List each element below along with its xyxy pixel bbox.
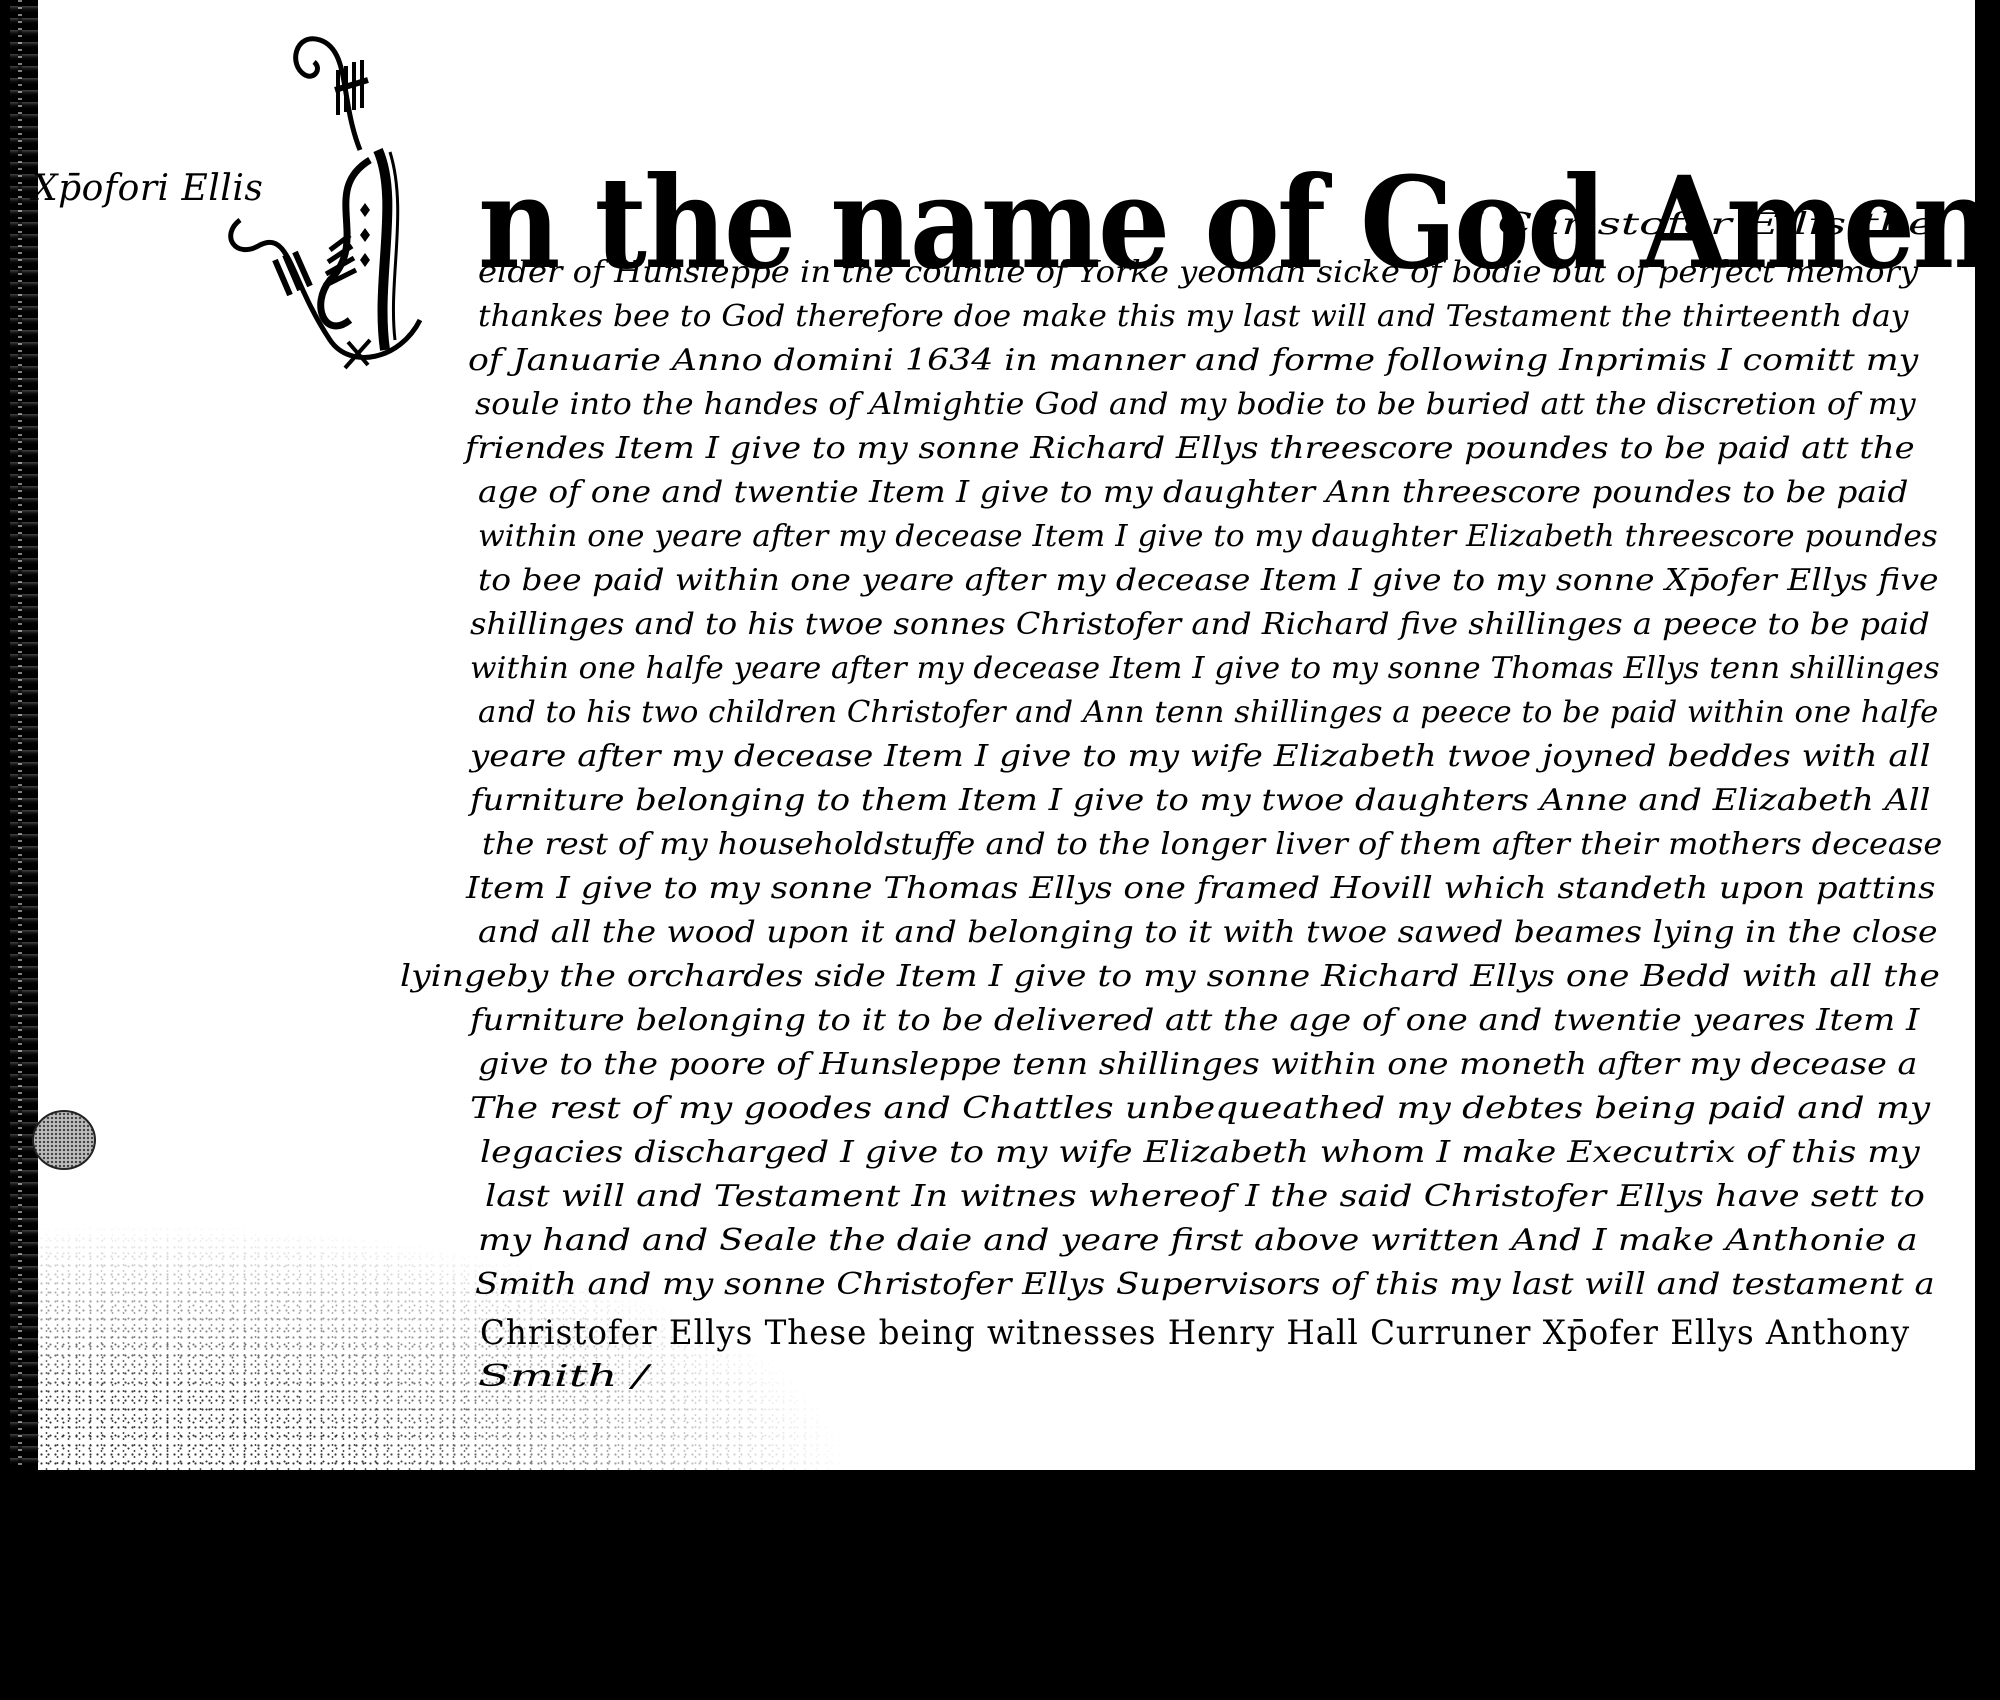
decorated-initial (210, 20, 490, 380)
manuscript-line: last will and Testament In witnes whereo… (485, 1182, 1925, 1212)
manuscript-line: give to the poore of Hunsleppe tenn shil… (478, 1050, 1917, 1080)
manuscript-line: yeare after my decease Item I give to my… (470, 742, 1931, 772)
manuscript-line: Smith / (478, 1362, 648, 1392)
manuscript-line: Item I give to my sonne Thomas Ellys one… (466, 874, 1936, 904)
manuscript-line: lyingeby the orchardes side Item I give … (400, 962, 1940, 992)
manuscript-line: The rest of my goodes and Chattles unbeq… (470, 1094, 1930, 1124)
manuscript-line: age of one and twentie Item I give to my… (478, 478, 1908, 508)
manuscript-line: furniture belonging to them Item I give … (470, 786, 1930, 816)
page-binding-edge (10, 0, 38, 1470)
manuscript-line: elder of Hunsleppe in the countie of Yor… (478, 258, 1918, 288)
manuscript-line: the rest of my householdstuffe and to th… (482, 830, 1942, 860)
manuscript-line: to bee paid within one yeare after my de… (478, 566, 1938, 596)
scan-right-border (1975, 0, 2000, 1470)
manuscript-line: legacies discharged I give to my wife El… (480, 1138, 1920, 1168)
manuscript-line: and all the wood upon it and belonging t… (478, 918, 1938, 948)
manuscript-line: within one yeare after my decease Item I… (478, 522, 1938, 552)
manuscript-line: of Januarie Anno domini 1634 in manner a… (468, 346, 1918, 376)
manuscript-line: soule into the handes of Almightie God a… (475, 390, 1916, 420)
manuscript-line: friendes Item I give to my sonne Richard… (465, 434, 1915, 464)
manuscript-line: furniture belonging to it to be delivere… (470, 1006, 1919, 1036)
manuscript-line: my hand and Seale the daie and yeare fir… (478, 1226, 1918, 1256)
ink-blot-mark (32, 1110, 96, 1170)
manuscript-line: and to his two children Christofer and A… (478, 698, 1938, 728)
manuscript-page: Xp̄ofori Ellis (10, 0, 1975, 1470)
manuscript-line: I Christofer Ellis the (1465, 210, 1935, 240)
manuscript-line: shillinges and to his twoe sonnes Christ… (470, 610, 1930, 640)
initial-flourish-icon (210, 20, 490, 380)
manuscript-line: within one halfe yeare after my decease … (470, 654, 1940, 684)
manuscript-line: thankes bee to God therefore doe make th… (478, 302, 1908, 332)
scanned-document: Xp̄ofori Ellis (0, 0, 2000, 1700)
manuscript-line: Christofer Ellys These being witnesses H… (480, 1316, 1910, 1350)
scan-bottom-border (0, 1470, 2000, 1700)
manuscript-line: Smith and my sonne Christofer Ellys Supe… (475, 1270, 1935, 1300)
